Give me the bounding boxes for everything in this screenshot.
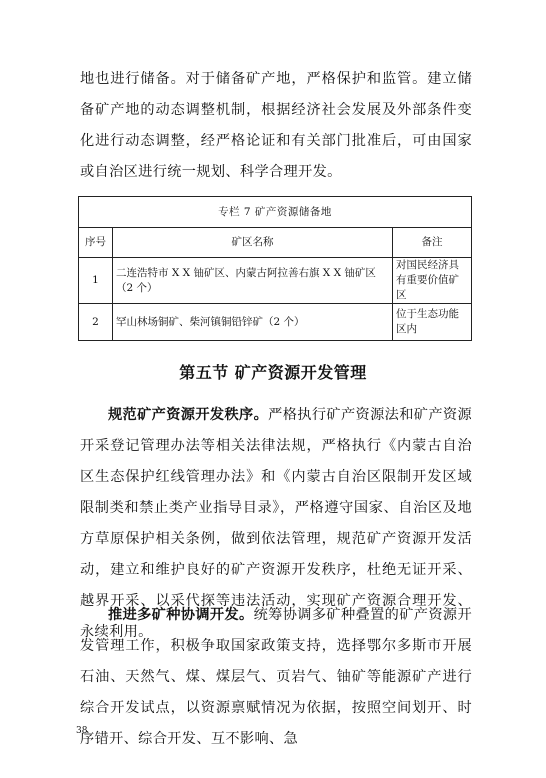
table-caption: 专栏 7 矿产资源储备地 [79,197,472,228]
row-note: 位于生态功能区内 [393,304,472,341]
page-number: 38 [76,726,87,736]
table-header-row: 序号 矿区名称 备注 [79,228,472,258]
section-title: 第五节 矿产资源开发管理 [0,360,546,383]
table-row: 2 罕山林场铜矿、柴河镇铜铅锌矿（2 个） 位于生态功能区内 [79,304,472,341]
row-area-name: 罕山林场铜矿、柴河镇铜铅锌矿（2 个） [113,304,393,341]
header-number: 序号 [79,228,113,258]
paragraph-multi-mineral: 推进多矿种协调开发。统筹协调多矿种叠置的矿产资源开发管理工作，积极争取国家政策支… [80,600,472,755]
table-row: 1 二连浩特市 X X 铀矿区、内蒙古阿拉善右旗 X X 铀矿区（2 个） 对国… [79,258,472,304]
row-area-name: 二连浩特市 X X 铀矿区、内蒙古阿拉善右旗 X X 铀矿区（2 个） [113,258,393,304]
reserve-areas-table: 专栏 7 矿产资源储备地 序号 矿区名称 备注 1 二连浩特市 X X 铀矿区、… [78,196,472,341]
paragraph-body: 统筹协调多矿种叠置的矿产资源开发管理工作，积极争取国家政策支持，选择鄂尔多斯市开… [80,607,472,747]
row-number: 1 [79,258,113,304]
paragraph-lead: 推进多矿种协调开发。 [108,607,254,623]
row-note: 对国民经济具有重要价值矿区 [393,258,472,304]
intro-paragraph: 地也进行储备。对于储备矿产地，严格保护和监管。建立储备矿产地的动态调整机制，根据… [80,64,472,188]
row-number: 2 [79,304,113,341]
header-note: 备注 [393,228,472,258]
header-area-name: 矿区名称 [113,228,393,258]
paragraph-lead: 规范矿产资源开发秩序。 [108,407,268,423]
